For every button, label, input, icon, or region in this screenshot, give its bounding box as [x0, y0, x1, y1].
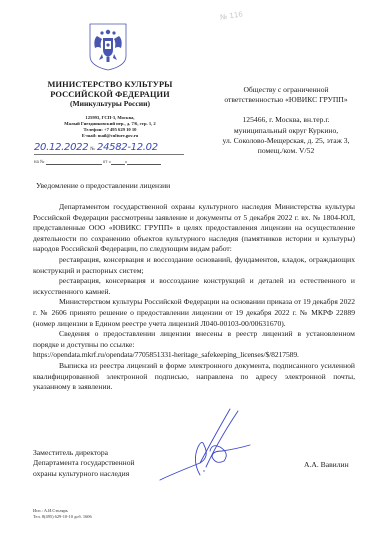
document-body: Департаментом государственной охраны кул…	[33, 202, 355, 393]
paragraph-intro: Департаментом государственной охраны кул…	[33, 202, 355, 255]
ministry-name-line1: МИНИСТЕРСТВО КУЛЬТУРЫ	[20, 80, 200, 90]
addressee-address2: муниципальный округ Куркино,	[200, 126, 372, 136]
registration-number: 24582-12.02	[97, 142, 158, 153]
registration-number-label: №	[90, 147, 95, 152]
coat-of-arms-icon	[88, 22, 128, 72]
addressee-block: Обществу с ограниченной ответственностью…	[200, 85, 372, 156]
paragraph-extract: Выписка из реестра лицензий в форме элек…	[33, 361, 355, 393]
executor-phone: Тел. 8(495) 629-10-10 доб. 1606	[33, 514, 92, 520]
addressee-address4: помещ./ком. V/52	[200, 146, 372, 156]
reference-month-blank	[127, 159, 161, 165]
registry-link[interactable]: https://opendata.mkrf.ru/opendata/770585…	[33, 350, 355, 361]
paragraph-decision: Министерством культуры Российской Федера…	[33, 297, 355, 329]
addressee-address1: 125466, г. Москва, вн.тер.г.	[200, 115, 372, 125]
executor-block: Исп.: А.И.Столярь Тел. 8(495) 629-10-10 …	[33, 508, 92, 519]
signatory-position-line3: охраны культурного наследия	[33, 469, 135, 479]
addressee-line2: ответственностью «ЮВИКС ГРУПП»	[200, 95, 372, 105]
sender-contacts: 125993, ГСП-3, Москва, Малый Гнездниковс…	[20, 115, 200, 139]
corner-registration-mark: № 116	[220, 10, 244, 21]
reference-line: на № от «»	[34, 159, 194, 165]
registration-line: 20.12.2022 № 24582-12.02	[34, 142, 184, 154]
paragraph-work-type-2: реставрация, консервация и воссоздание к…	[33, 276, 355, 297]
reference-day-blank	[111, 159, 125, 165]
paragraph-registry: Сведения о предоставлении лицензии внесе…	[33, 329, 355, 350]
handwritten-signature-icon	[140, 405, 280, 485]
sender-email: E-mail: mail@culture.gov.ru	[20, 133, 200, 139]
registration-underline	[34, 154, 184, 155]
reference-number-blank	[46, 159, 102, 165]
signatory-position-line2: Департамента государственной	[33, 458, 135, 468]
addressee-address3: ул. Соколово-Мещерская, д. 25, этаж 3,	[200, 136, 372, 146]
paragraph-work-type-1: реставрация, консервация и воссоздание о…	[33, 255, 355, 276]
signatory-name: А.А. Вавилин	[304, 460, 349, 469]
reference-number-label: на №	[34, 160, 44, 165]
ministry-short-name: (Минкультуры России)	[20, 99, 200, 109]
document-subject: Уведомление о предоставлении лицензии	[36, 181, 170, 190]
ministry-name-line2: РОССИЙСКОЙ ФЕДЕРАЦИИ	[20, 90, 200, 100]
signatory-position: Заместитель директора Департамента госуд…	[33, 448, 135, 479]
addressee-line1: Обществу с ограниченной	[200, 85, 372, 95]
signatory-position-line1: Заместитель директора	[33, 448, 135, 458]
reference-from-label: от «	[103, 160, 111, 165]
sender-block: МИНИСТЕРСТВО КУЛЬТУРЫ РОССИЙСКОЙ ФЕДЕРАЦ…	[20, 80, 200, 139]
registration-date: 20.12.2022	[34, 142, 88, 153]
